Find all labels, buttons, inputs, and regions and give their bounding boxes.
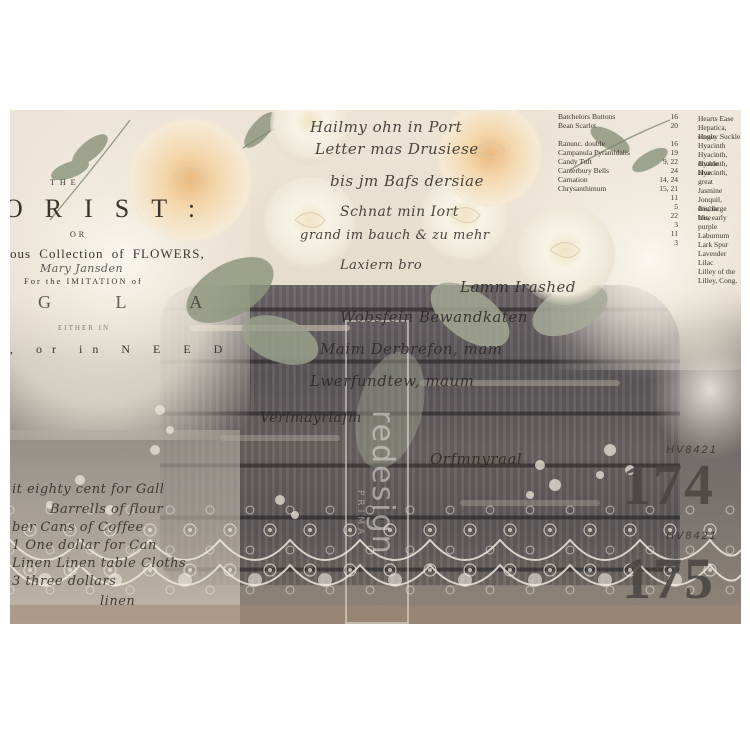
flower-index-row: Campanula Pyramidalis19 bbox=[558, 148, 678, 157]
flower-index-row: Hyacinth bbox=[698, 141, 741, 150]
flower-name: Ranunc. double bbox=[558, 139, 605, 148]
script-top-line: Laxiern bro bbox=[340, 258, 422, 273]
flower-page: 20 bbox=[671, 121, 679, 130]
script-middle-line: Wobsfein Bewandkaten bbox=[340, 308, 528, 326]
print-gla: G L A bbox=[38, 292, 232, 313]
watermark-brand: redesign bbox=[365, 410, 400, 556]
flower-index-row: Lark Spur bbox=[698, 240, 741, 249]
flower-index-row: 3 bbox=[558, 220, 678, 229]
flower-index-row: Jasmine bbox=[698, 186, 741, 195]
flower-index-row: Candy Tuft9, 22 bbox=[558, 157, 678, 166]
flower-index-left: Batchelors Buttons16Bean Scarlet20Ranunc… bbox=[558, 112, 678, 247]
flower-index-row: Iris, large blue bbox=[698, 204, 741, 213]
flower-page: 16 bbox=[671, 112, 679, 121]
flower-name: Carnation bbox=[558, 175, 588, 184]
print-collection: ous Collection of FLOWERS, bbox=[10, 246, 205, 262]
flower-name: Candy Tuft bbox=[558, 157, 592, 166]
flower-index-row: Hyacinth, double bbox=[698, 150, 741, 159]
flower-index-row: Ranunc. double16 bbox=[558, 139, 678, 148]
flower-page: 5 bbox=[674, 202, 678, 211]
script-top-line: Schnat min Iort bbox=[340, 204, 459, 220]
flower-index-row: 5 bbox=[558, 202, 678, 211]
flower-page: 19 bbox=[671, 148, 679, 157]
flower-name: Chrysanthimum bbox=[558, 184, 606, 193]
flower-index-row bbox=[558, 130, 678, 139]
flower-page: 14, 24 bbox=[659, 175, 678, 184]
flower-index-row: Hyacinth, great bbox=[698, 168, 741, 177]
ledger-line: ber Cans of Coffee bbox=[12, 520, 144, 535]
stamp-number: 174 bbox=[622, 456, 715, 514]
print-signature: Mary Jansden bbox=[40, 262, 123, 275]
watermark-sub: PRIMA bbox=[355, 490, 365, 538]
script-top-line: grand im bauch & zu mehr bbox=[300, 228, 490, 243]
flower-index-row: 11 bbox=[558, 229, 678, 238]
flower-index-row: 3 bbox=[558, 238, 678, 247]
flower-index-row: Canterbury Bells24 bbox=[558, 166, 678, 175]
script-middle-line: Verlmayrlafm bbox=[260, 410, 362, 426]
script-middle-line: Lamm Irashed bbox=[460, 278, 576, 296]
flower-index-right: Hearts EaseHepatica, singleHoney SuckleH… bbox=[698, 114, 741, 285]
script-middle-line: Orfmnyraal bbox=[430, 450, 522, 468]
flower-page: 11 bbox=[671, 193, 678, 202]
flower-page: 22 bbox=[671, 211, 679, 220]
flower-index-row: Hepatica, single bbox=[698, 123, 741, 132]
ledger-line: it eighty cent for Gall bbox=[12, 482, 164, 497]
flower-page: 24 bbox=[671, 166, 679, 175]
stamp-number: 175 bbox=[622, 550, 715, 608]
flower-index-row: Honey Suckle bbox=[698, 132, 741, 141]
script-middle-line: Lwerfundtew, maum bbox=[310, 372, 474, 390]
flower-page: 15, 21 bbox=[659, 184, 678, 193]
ledger-line: 3 three dollars bbox=[12, 574, 116, 589]
print-imitation: For the IMITATION of bbox=[24, 276, 143, 286]
flower-index-row: 22 bbox=[558, 211, 678, 220]
flower-index-row: Lavender bbox=[698, 249, 741, 258]
stamp-code: HV8421 bbox=[666, 530, 718, 542]
flower-page: 9, 22 bbox=[663, 157, 678, 166]
flower-page: 3 bbox=[674, 220, 678, 229]
artwork-paper: redesign PRIMA THE ORIST: OR ous Collect… bbox=[10, 110, 741, 624]
flower-page: 16 bbox=[671, 139, 679, 148]
print-or: OR bbox=[70, 230, 87, 239]
flower-index-row: Jonquil, double bbox=[698, 195, 741, 204]
script-top-line: bis jm Bafs dersiae bbox=[330, 172, 484, 190]
flower-index-row: Lilley of the bbox=[698, 267, 741, 276]
ledger-line: Linen Linen table Cloths bbox=[12, 556, 186, 571]
flower-index-row: Bean Scarlet20 bbox=[558, 121, 678, 130]
flower-index-row: Carnation14, 24 bbox=[558, 175, 678, 184]
flower-page: 3 bbox=[674, 238, 678, 247]
ledger-line: Barrells of flour bbox=[50, 502, 163, 517]
print-the: THE bbox=[50, 178, 81, 187]
flower-page: 11 bbox=[671, 229, 678, 238]
script-top-line: Hailmy ohn in Port bbox=[310, 118, 462, 136]
print-headline: ORIST: bbox=[10, 194, 217, 224]
flower-index-row: Iris, early purple bbox=[698, 213, 741, 222]
flower-index-row: 11 bbox=[558, 193, 678, 202]
flower-name: Campanula Pyramidalis bbox=[558, 148, 630, 157]
flower-index-row: Laburnum bbox=[698, 231, 741, 240]
ledger-line: 1 One dollar for Can bbox=[12, 538, 157, 553]
ledger-line: linen bbox=[100, 594, 135, 609]
script-middle-line: Maim Derbrefon, mam bbox=[320, 340, 502, 358]
flower-index-row: Lilley, Cong. bbox=[698, 276, 741, 285]
flower-index-row: Lilac bbox=[698, 258, 741, 267]
flower-name: Canterbury Bells bbox=[558, 166, 609, 175]
flower-index-row: Chrysanthimum15, 21 bbox=[558, 184, 678, 193]
flower-index-row: Batchelors Buttons16 bbox=[558, 112, 678, 121]
print-either: EITHER IN bbox=[58, 324, 110, 332]
print-needle: , or in N E E D bbox=[10, 342, 232, 357]
flower-index-row: Hyacinth, blue bbox=[698, 159, 741, 168]
flower-name: Bean Scarlet bbox=[558, 121, 596, 130]
flower-index-row: Hearts Ease bbox=[698, 114, 741, 123]
flower-name: Batchelors Buttons bbox=[558, 112, 615, 121]
script-top-line: Letter mas Drusiese bbox=[315, 140, 479, 158]
